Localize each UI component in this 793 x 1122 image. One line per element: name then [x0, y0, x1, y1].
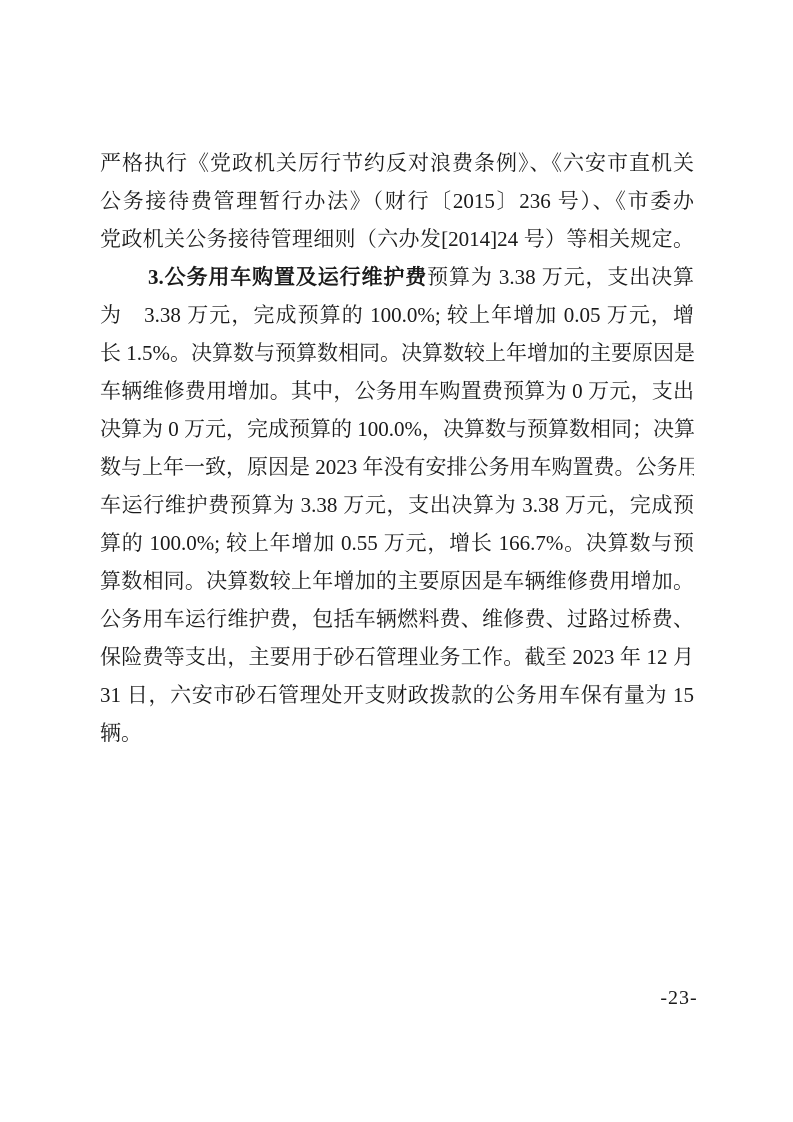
text-line: 31 日，六安市砂石管理处开支财政拨款的公务用车保有量为 15 — [100, 676, 694, 714]
text-run: 预算为 3.38 万元，支出决算 — [427, 265, 694, 289]
text-line: 辆。 — [100, 714, 694, 752]
section-heading-bold: 3.公务用车购置及运行维护费 — [148, 265, 427, 289]
text-line: 车辆维修费用增加。其中，公务用车购置费预算为 0 万元，支出 — [100, 372, 694, 410]
text-line: 为 3.38 万元，完成预算的 100.0%; 较上年增加 0.05 万元，增 — [100, 296, 694, 334]
text-line: 公务用车运行维护费，包括车辆燃料费、维修费、过路过桥费、 — [100, 600, 694, 638]
text-line: 党政机关公务接待管理细则（六办发[2014]24 号）等相关规定。 — [100, 220, 694, 258]
text-line: 数与上年一致，原因是 2023 年没有安排公务用车购置费。公务用 — [100, 448, 694, 486]
text-line: 算的 100.0%; 较上年增加 0.55 万元，增长 166.7%。决算数与预 — [100, 524, 694, 562]
paragraph-regulations: 严格执行《党政机关厉行节约反对浪费条例》、《六安市直机关 公务接待费管理暂行办法… — [100, 144, 694, 258]
text-line: 严格执行《党政机关厉行节约反对浪费条例》、《六安市直机关 — [100, 144, 694, 182]
page-number: -23- — [649, 986, 709, 1010]
text-line: 公务接待费管理暂行办法》（财行〔2015〕236 号）、《市委办 — [100, 182, 694, 220]
paragraph-vehicle-budget: 3.公务用车购置及运行维护费预算为 3.38 万元，支出决算 为 3.38 万元… — [100, 258, 694, 752]
text-line: 3.公务用车购置及运行维护费预算为 3.38 万元，支出决算 — [100, 258, 694, 296]
text-line: 保险费等支出，主要用于砂石管理业务工作。截至 2023 年 12 月 — [100, 638, 694, 676]
text-line: 决算为 0 万元，完成预算的 100.0%，决算数与预算数相同；决算 — [100, 410, 694, 448]
text-content: 严格执行《党政机关厉行节约反对浪费条例》、《六安市直机关 公务接待费管理暂行办法… — [100, 144, 694, 752]
document-page: 严格执行《党政机关厉行节约反对浪费条例》、《六安市直机关 公务接待费管理暂行办法… — [0, 0, 793, 1122]
text-line: 车运行维护费预算为 3.38 万元，支出决算为 3.38 万元，完成预 — [100, 486, 694, 524]
text-line: 算数相同。决算数较上年增加的主要原因是车辆维修费用增加。 — [100, 562, 694, 600]
text-line: 长 1.5%。决算数与预算数相同。决算数较上年增加的主要原因是 — [100, 334, 694, 372]
